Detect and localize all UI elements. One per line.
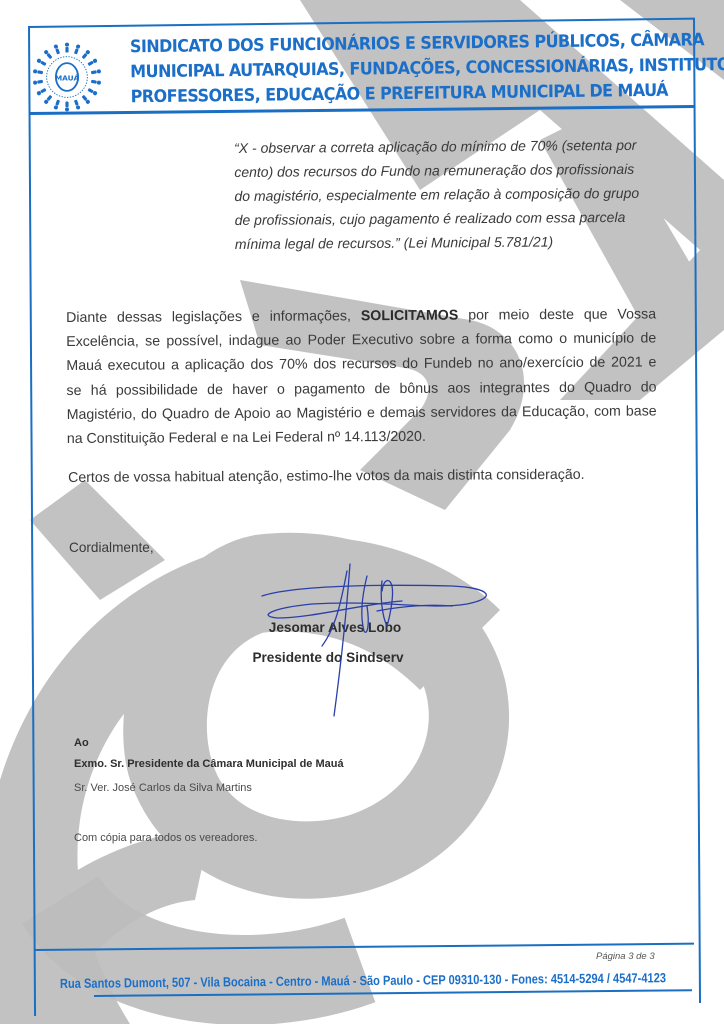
recipient-prefix: Ao bbox=[74, 737, 89, 749]
salutation: Cordialmente, bbox=[69, 540, 154, 555]
paragraph-line: Diante dessas legislações e informações,… bbox=[66, 302, 656, 330]
org-line-3: PROFESSORES, EDUCAÇÃO E PREFEITURA MUNIC… bbox=[130, 79, 668, 111]
paragraph-line: se há possibilidade de haver o pagamento… bbox=[66, 375, 656, 403]
frame-right-border bbox=[693, 18, 701, 1003]
law-quote: “X - observar a correta aplicação do mín… bbox=[234, 133, 675, 256]
union-logo-icon: MAUÁ bbox=[30, 40, 104, 114]
letterhead: MAUÁ SINDICATO DOS FUNCIONÁRIOS E SERVID… bbox=[28, 28, 692, 114]
paragraph-line: Magistério, do Quadro de Apoio ao Magist… bbox=[67, 399, 657, 427]
quote-line: cento) dos recursos do Fundo na remunera… bbox=[234, 157, 674, 184]
frame-left-border bbox=[28, 26, 36, 1016]
quote-line: de profissionais, cujo pagamento é reali… bbox=[235, 205, 675, 232]
paragraph-line: na Constituição Federal e na Lei Federal… bbox=[67, 423, 657, 451]
quote-line: do magistério, especialmente em relação … bbox=[234, 181, 674, 208]
recipient-title: Exmo. Sr. Presidente da Câmara Municipal… bbox=[74, 758, 344, 770]
request-paragraph: Diante dessas legislações e informações,… bbox=[66, 302, 657, 451]
frame-bottom-border bbox=[94, 989, 692, 997]
paragraph-line: Excelência, se possível, indague ao Pode… bbox=[66, 327, 656, 355]
quote-line: “X - observar a correta aplicação do mín… bbox=[234, 133, 674, 160]
handwritten-signature-icon bbox=[252, 556, 492, 721]
request-keyword: SOLICITAMOS bbox=[361, 308, 459, 325]
closing-sentence: Certos de vossa habitual atenção, estimo… bbox=[68, 467, 585, 486]
svg-text:MAUÁ: MAUÁ bbox=[55, 74, 80, 83]
organization-name: SINDICATO DOS FUNCIONÁRIOS E SERVIDORES … bbox=[130, 29, 668, 111]
copy-note: Com cópia para todos os vereadores. bbox=[74, 832, 257, 844]
recipient-name: Sr. Ver. José Carlos da Silva Martins bbox=[74, 782, 252, 794]
page-number: Página 3 de 3 bbox=[596, 951, 655, 962]
quote-line: mínima legal de recursos.” (Lei Municipa… bbox=[235, 229, 675, 256]
paragraph-line: Mauá executou a aplicação dos 70% dos re… bbox=[66, 351, 656, 379]
frame-top-border bbox=[28, 18, 695, 28]
footer-divider bbox=[34, 943, 694, 951]
